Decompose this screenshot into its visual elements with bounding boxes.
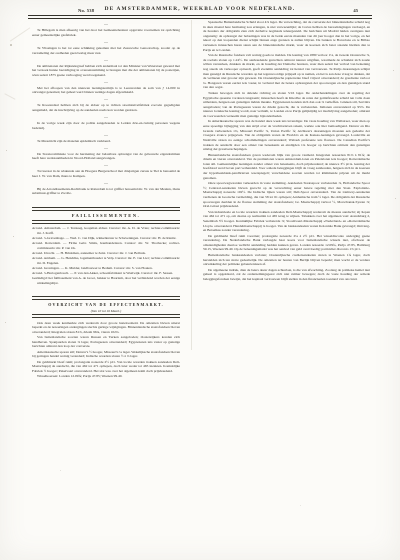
effectenmarkt-paragraph: De geldmarkt bleef ruim; prolongatie not… <box>32 360 180 374</box>
effectenmarkt-paragraphs: Ook deze week kenmerkte zich wederom doo… <box>32 321 180 379</box>
item-separator-dash: — <box>32 163 180 167</box>
faillissementen-heading: FAILLISSEMENTEN. <box>32 213 180 218</box>
item-separator-dash: — <box>32 146 180 150</box>
scan-scratch <box>5 93 16 99</box>
news-paragraph: Te Maastricht zijn de mazelen epidemisch… <box>32 139 180 144</box>
faillissement-entry: Arrond. Amsterdam. — J. Tersteeg, koopma… <box>32 226 180 235</box>
news-item: — Te Maastricht zijn de mazelen epidemis… <box>32 133 180 144</box>
scan-speck <box>300 505 301 506</box>
effectenmarkt-paragraph: Wisselkoersen: Londen 12.09¾; Parijs 47.… <box>32 374 180 379</box>
news-paragraph: Bij de Arrondissements-Rechtbank te Rott… <box>32 187 180 196</box>
faillissement-entry: Arrond. Rotterdam. — Firma Gebr. Smits, … <box>32 241 180 250</box>
scan-speck <box>10 44 12 46</box>
column-layout: — Te Hillegom is men afkeerig van het do… <box>32 20 370 379</box>
masthead-title: DE AMSTERDAMMER, WEEKBLAD VOOR NEDERLAND… <box>28 6 372 12</box>
news-paragraph: Te Roozendaal hebben zich bij de aldaar … <box>32 103 180 112</box>
item-separator-dash: — <box>32 115 180 119</box>
news-item: — De Staatscommissie voor de herziening … <box>32 146 180 161</box>
news-item: — Bij de Arrondissements-Rechtbank te Ro… <box>32 181 180 196</box>
double-rule-bottom <box>32 314 180 318</box>
body-paragraph: Buitenlandsche bankaandeelen verlaten; O… <box>203 253 370 267</box>
faillissement-entry: Arrond. Arnhem. — G. Hendriks, logementh… <box>32 256 180 265</box>
item-separator-dash: — <box>32 80 180 84</box>
scan-speck <box>395 198 396 199</box>
news-paragraph: Te Hillegom is men afkeerig van het door… <box>32 28 180 37</box>
effectenmarkt-date: (Van 10 tot 16 Maart.) <box>32 309 180 313</box>
left-column: — Te Hillegom is men afkeerig van het do… <box>32 20 180 379</box>
scan-scratch <box>10 27 30 41</box>
faillissement-entry: Arrond. 's-Hertogenbosch. — P. van den A… <box>32 271 180 276</box>
body-paragraph: In Amerikaansche sporen was de handel de… <box>203 119 370 151</box>
right-column: Spaansche Buitenlandsche Schuld sloot 4⅝… <box>203 20 370 282</box>
scan-speck <box>13 236 14 237</box>
news-briefs-section: — Te Hillegom is men afkeerig van het do… <box>32 22 180 196</box>
page-number: 45 <box>353 8 358 13</box>
news-item: — Te Roozendaal hebben zich bij de aldaa… <box>32 97 180 112</box>
body-paragraph: Turken bewogen zich in dalende richting … <box>203 91 370 119</box>
news-item: — De ambtenaren der Rijkstelegraaf hebbe… <box>32 58 180 78</box>
scan-speck <box>6 150 7 151</box>
double-rule-top <box>32 296 180 300</box>
body-paragraph: Binnenlandsche staatsfondsen gaven weder… <box>203 153 370 181</box>
news-item: — Te Hillegom is men afkeerig van het do… <box>32 22 180 37</box>
item-separator-dash: — <box>32 181 180 185</box>
news-paragraph: Met het afloopen van den nieuwen leening… <box>32 86 180 95</box>
scan-speck <box>5 322 6 323</box>
effectenmarkt-heading: OVERZICHT VAN DE EFFECTENMARKT. <box>32 302 180 307</box>
faillissementen-section: FAILLISSEMENTEN. Arrond. Amsterdam. — J.… <box>32 207 180 285</box>
news-paragraph: In de vorige week zijn door de politie a… <box>32 121 180 130</box>
item-separator-dash: — <box>32 40 180 44</box>
body-paragraph: De algemeene indruk, dien de beurs dezer… <box>203 268 370 282</box>
news-paragraph: De ambtenaren der Rijkstelegraaf hebben … <box>32 64 180 78</box>
item-separator-dash: — <box>32 58 180 62</box>
body-paragraph: De geldmarkt bleef ruim voorzien; prolon… <box>203 234 370 252</box>
header-rule <box>28 15 372 19</box>
faillissementen-entries: Arrond. Amsterdam. — J. Tersteeg, koopma… <box>32 226 180 285</box>
scanned-newspaper-page: No. 538 DE AMSTERDAMMER, WEEKBLAD VOOR N… <box>0 0 400 560</box>
item-separator-dash: — <box>32 133 180 137</box>
faillissement-entry: Arrond. Utrecht. — H. Brinkman, aannemer… <box>32 251 180 256</box>
body-paragraph: Spaansche Buitenlandsche Schuld sloot 4⅝… <box>203 20 370 52</box>
scan-speck <box>60 470 61 471</box>
body-paragraph: Van de Russische fondsen valt weinig goe… <box>203 53 370 90</box>
effectenmarkt-paragraph: Ook deze week kenmerkte zich wederom doo… <box>32 321 180 335</box>
item-separator-dash: — <box>32 22 180 26</box>
effectenmarkt-section: OVERZICHT VAN DE EFFECTENMARKT. (Van 10 … <box>32 296 180 379</box>
effectenmarkt-paragraph: Van buitenlandsche soorten waren Russen … <box>32 335 180 349</box>
body-paragraph: Van industrieele en locale waarden trokk… <box>203 210 370 233</box>
news-paragraph: De Staatscommissie voor de herziening de… <box>32 152 180 161</box>
news-paragraph: Te Vlissingen is het tot eene schikking … <box>32 46 180 55</box>
faillissement-entry: Geëindigd: het faillissement van A. de G… <box>32 276 180 285</box>
scan-speck <box>393 70 394 71</box>
news-item: — Met het afloopen van den nieuwen leeni… <box>32 80 180 95</box>
news-item: — In de vorige week zijn door de politie… <box>32 115 180 130</box>
double-rule-bottom <box>32 220 180 224</box>
news-item: — Te Vlissingen is het tot eene schikkin… <box>32 40 180 55</box>
news-item: — Tot leeraar in de wiskunde aan de Hoog… <box>32 163 180 178</box>
faillissement-entry: Arrond. 's-Gravenhage. — Wed. C. van Dij… <box>32 236 180 241</box>
faillissement-entry: Arrond. Groningen. — K. Mulder, landbouw… <box>32 266 180 271</box>
column-rule <box>191 20 192 350</box>
body-paragraph: Onze spoorwegwaarden verkeerden in vaste… <box>203 181 370 209</box>
news-paragraph: Tot leeraar in de wiskunde aan de Hooger… <box>32 169 180 178</box>
item-separator-dash: — <box>32 97 180 101</box>
effectenmarkt-paragraph: Amerikaansche sporen stil; Denver's ½ ho… <box>32 350 180 359</box>
double-rule-top <box>32 207 180 211</box>
